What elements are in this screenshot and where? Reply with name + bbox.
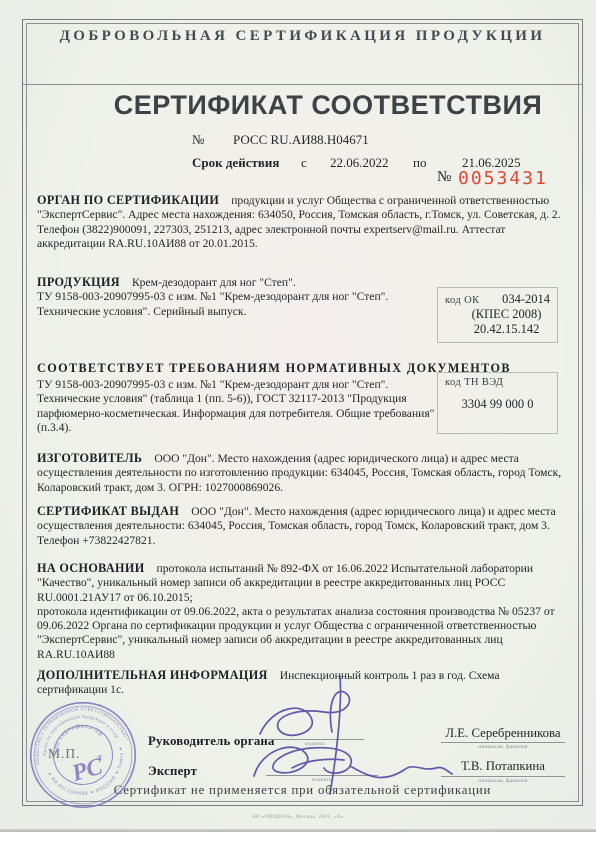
svg-text:Для сертификатов: Для сертификатов [47, 716, 107, 756]
section-certification-body: ОРГАН ПО СЕРТИФИКАЦИИпродукции и услуг О… [37, 193, 567, 251]
ok-code-box: 034-2014 код ОК (КПЕС 2008) 20.42.15.142 [437, 287, 558, 343]
section-product: ПРОДУКЦИЯКрем-дезодорант для ног "Степ".… [37, 275, 443, 319]
expert-label: Эксперт [148, 764, 197, 779]
blank-number-label: № [437, 169, 451, 186]
section-issued-to: СЕРТИФИКАТ ВЫДАНООО "Дон". Место нахожде… [37, 504, 570, 548]
section-manufacturer: ИЗГОТОВИТЕЛЬООО "Дон". Место нахождения … [37, 451, 570, 495]
section-issued-to-title: СЕРТИФИКАТ ВЫДАН [37, 504, 191, 518]
blank-number-value: 0053431 [458, 168, 548, 189]
section-basis-text: протокола испытаний № 892-ФХ от 16.06.20… [37, 562, 555, 661]
section-product-title: ПРОДУКЦИЯ [37, 275, 132, 289]
ok-code-kpes: (КПЕС 2008) [445, 307, 550, 322]
section-basis-title: НА ОСНОВАНИИ [37, 561, 157, 575]
ok-code-number: 20.42.15.142 [445, 322, 550, 337]
stamp-center-arc-text: Для сертификатов [47, 716, 107, 756]
ok-code-label: код ОК [445, 295, 479, 306]
validity-from-label: с [301, 155, 307, 171]
section-certification-body-title: ОРГАН ПО СЕРТИФИКАЦИИ [37, 193, 231, 207]
header-separator [22, 84, 583, 85]
validity-to-label: по [413, 155, 426, 171]
bottom-disclaimer: Сертификат не применяется при обязательн… [22, 783, 583, 798]
tnved-code-box: код ТН ВЭД 3304 99 000 0 [437, 372, 558, 434]
section-basis: НА ОСНОВАНИИпротокола испытаний № 892-ФХ… [37, 561, 582, 662]
top-banner: ДОБРОВОЛЬНАЯ СЕРТИФИКАЦИЯ ПРОДУКЦИИ [22, 28, 583, 45]
tnved-code-value: 3304 99 000 0 [445, 397, 550, 412]
validity-from-date: 22.06.2022 [330, 155, 389, 171]
certificate-title: СЕРТИФИКАТ СООТВЕТСТВИЯ [60, 90, 596, 121]
number-label: № [192, 132, 204, 148]
print-shop-info: АО «ОПЦИОН», Москва, 2021, «В» [0, 815, 596, 820]
ok-code-value: 034-2014 [502, 292, 550, 307]
validity-label: Срок действия [192, 155, 279, 171]
section-compliance-text: ТУ 9158-003-20907995-03 с изм. №1 "Крем-… [37, 378, 441, 435]
section-manufacturer-title: ИЗГОТОВИТЕЛЬ [37, 451, 154, 465]
page-bottom-edge [0, 829, 596, 832]
tnved-code-label: код ТН ВЭД [445, 377, 550, 388]
certificate-number: РОСС RU.АИ88.Н04671 [233, 132, 369, 148]
